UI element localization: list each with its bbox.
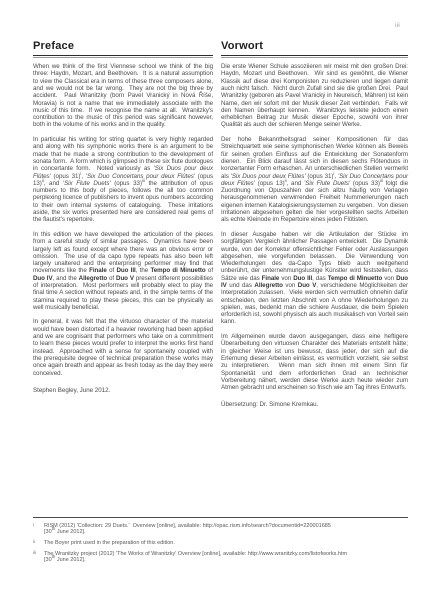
footnote: iRISM (2012) 'Collection: 29 Duets.' Ove… bbox=[33, 523, 408, 536]
paragraph: In general, it was felt that the virtuos… bbox=[33, 318, 213, 376]
footnote-marker: i bbox=[33, 522, 44, 535]
paragraph: Im Allgemeinen wurde davon ausgegangen, … bbox=[221, 333, 408, 391]
paragraph: Die erste Wiener Schule assoziieren wir … bbox=[221, 63, 408, 129]
vorwort-paragraphs: Die erste Wiener Schule assoziieren wir … bbox=[221, 63, 408, 391]
footnotes-section: iRISM (2012) 'Collection: 29 Duets.' Ove… bbox=[33, 517, 408, 568]
footnote-marker: iii bbox=[33, 550, 44, 563]
vorwort-heading-rule bbox=[221, 55, 408, 59]
footnote-text: RISM (2012) 'Collection: 29 Duets.' Over… bbox=[44, 523, 408, 536]
footnote: iiiThe Wranitzky project (2012) 'The Wor… bbox=[33, 551, 408, 564]
paragraph: In dieser Ausgabe haben wir die Artikula… bbox=[221, 231, 408, 326]
preface-paragraphs: When we think of the first Viennese scho… bbox=[33, 63, 213, 377]
paragraph: Der hohe Bekanntheitsgrad seiner Komposi… bbox=[221, 136, 408, 224]
footnote-marker: ii bbox=[33, 539, 44, 545]
preface-heading-rule bbox=[33, 55, 213, 59]
document-page: iii Preface When we think of the first V… bbox=[0, 0, 424, 600]
page-content: Preface When we think of the first Vienn… bbox=[33, 40, 408, 409]
footnote-rule bbox=[33, 517, 408, 518]
footnote-text: The Boyer print used in the preparation … bbox=[44, 540, 408, 546]
paragraph: In this edition we have developed the ar… bbox=[33, 231, 213, 311]
footnote-text: The Wranitzky project (2012) 'The Works … bbox=[44, 551, 408, 564]
footnote-list: iRISM (2012) 'Collection: 29 Duets.' Ove… bbox=[33, 523, 408, 564]
preface-column: Preface When we think of the first Vienn… bbox=[33, 40, 213, 409]
paragraph: In particular his writing for string qua… bbox=[33, 136, 213, 224]
footnote: iiThe Boyer print used in the preparatio… bbox=[33, 540, 408, 546]
vorwort-heading: Vorwort bbox=[221, 40, 408, 52]
vorwort-signature: Übersetzung: Dr. Simone Kremkau. bbox=[221, 401, 408, 408]
two-column-layout: Preface When we think of the first Vienn… bbox=[33, 40, 408, 409]
preface-signature: Stephen Begley, June 2012. bbox=[33, 387, 213, 394]
vorwort-column: Vorwort Die erste Wiener Schule assoziie… bbox=[221, 40, 408, 409]
page-number: iii bbox=[395, 23, 400, 29]
preface-heading: Preface bbox=[33, 40, 213, 52]
paragraph: When we think of the first Viennese scho… bbox=[33, 63, 213, 129]
